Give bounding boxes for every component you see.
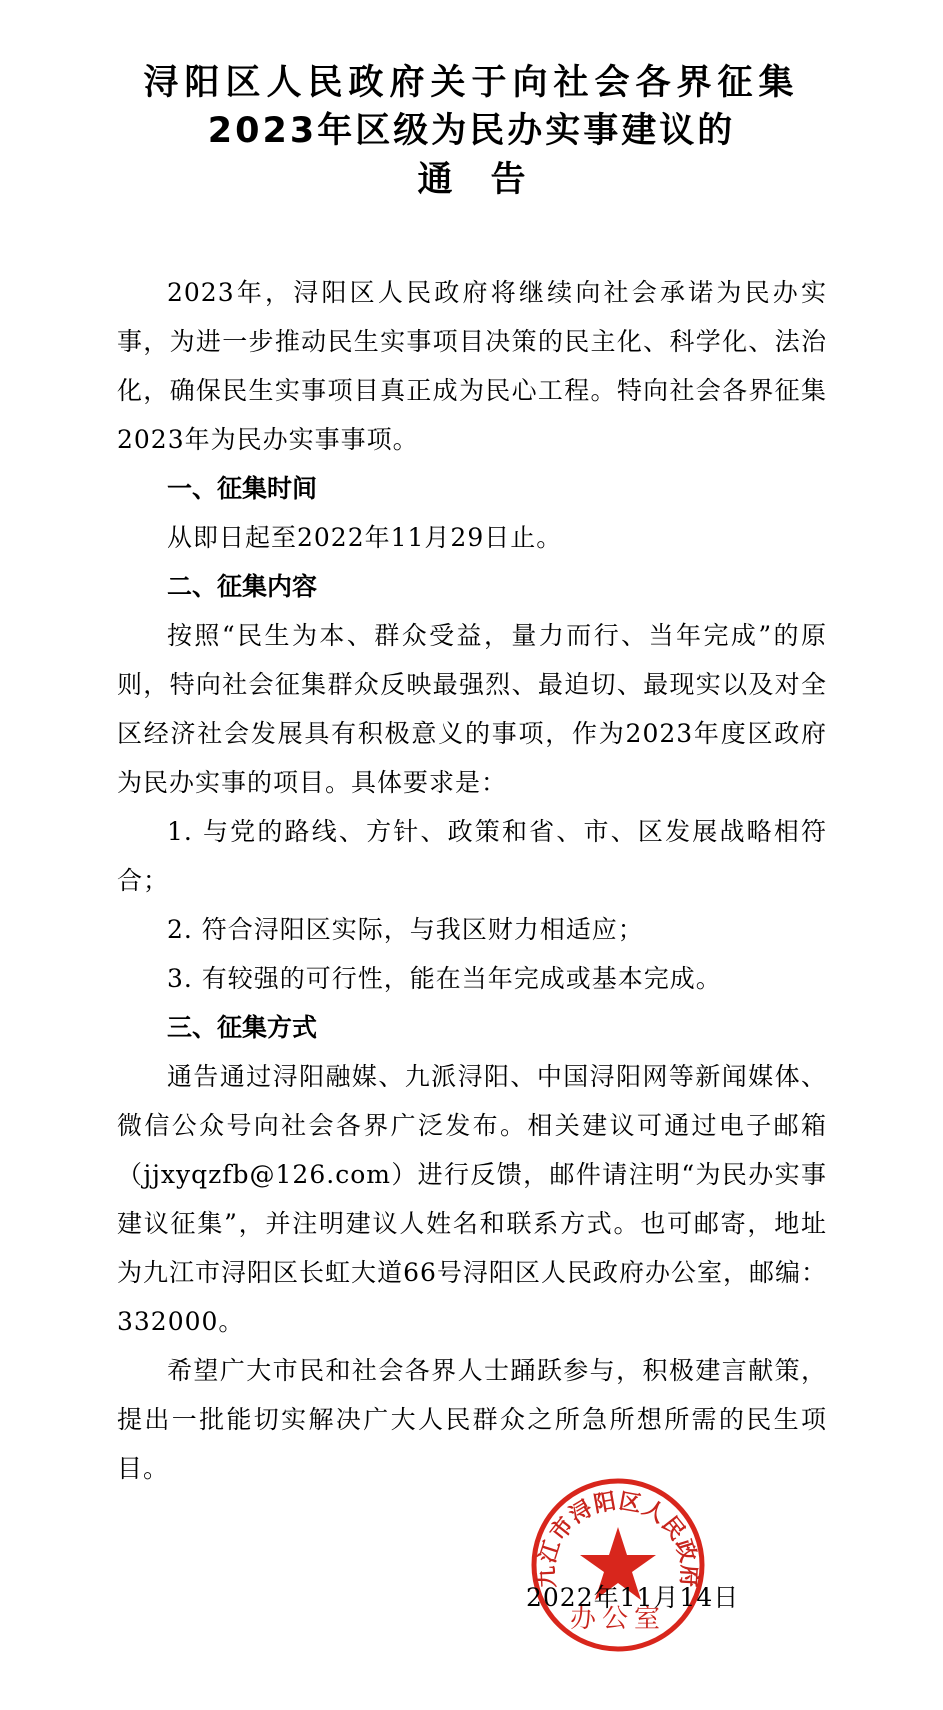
section-heading-time: 一、征集时间 xyxy=(117,464,827,513)
requirement-1: 1. 与党的路线、方针、政策和省、市、区发展战略相符合； xyxy=(117,807,827,905)
closing-paragraph: 希望广大市民和社会各界人士踊跃参与，积极建言献策，提出一批能切实解决广大人民群众… xyxy=(117,1346,827,1493)
document-body: 2023年，浔阳区人民政府将继续向社会承诺为民办实事，为进一步推动民生实事项目决… xyxy=(117,268,827,1493)
title-line-3: 通告 xyxy=(0,152,943,202)
section-heading-method: 三、征集方式 xyxy=(117,1003,827,1052)
section-heading-content: 二、征集内容 xyxy=(117,562,827,611)
requirement-3: 3. 有较强的可行性，能在当年完成或基本完成。 xyxy=(117,954,827,1003)
title-line-2: 2023年区级为民办实事建议的 xyxy=(0,103,943,153)
method-paragraph: 通告通过浔阳融媒、九派浔阳、中国浔阳网等新闻媒体、微信公众号向社会各界广泛发布。… xyxy=(117,1052,827,1346)
document-date: 2022年11月14日 xyxy=(526,1578,739,1614)
time-paragraph: 从即日起至2022年11月29日止。 xyxy=(117,513,827,562)
content-paragraph: 按照“民生为本、群众受益，量力而行、当年完成”的原则，特向社会征集群众反映最强烈… xyxy=(117,611,827,807)
official-seal-icon: 九江市浔阳区人民政府 办公室 xyxy=(528,1475,708,1655)
requirement-2: 2. 符合浔阳区实际，与我区财力相适应； xyxy=(117,905,827,954)
title-line-1: 浔阳区人民政府关于向社会各界征集 xyxy=(0,55,943,105)
intro-paragraph: 2023年，浔阳区人民政府将继续向社会承诺为民办实事，为进一步推动民生实事项目决… xyxy=(117,268,827,464)
